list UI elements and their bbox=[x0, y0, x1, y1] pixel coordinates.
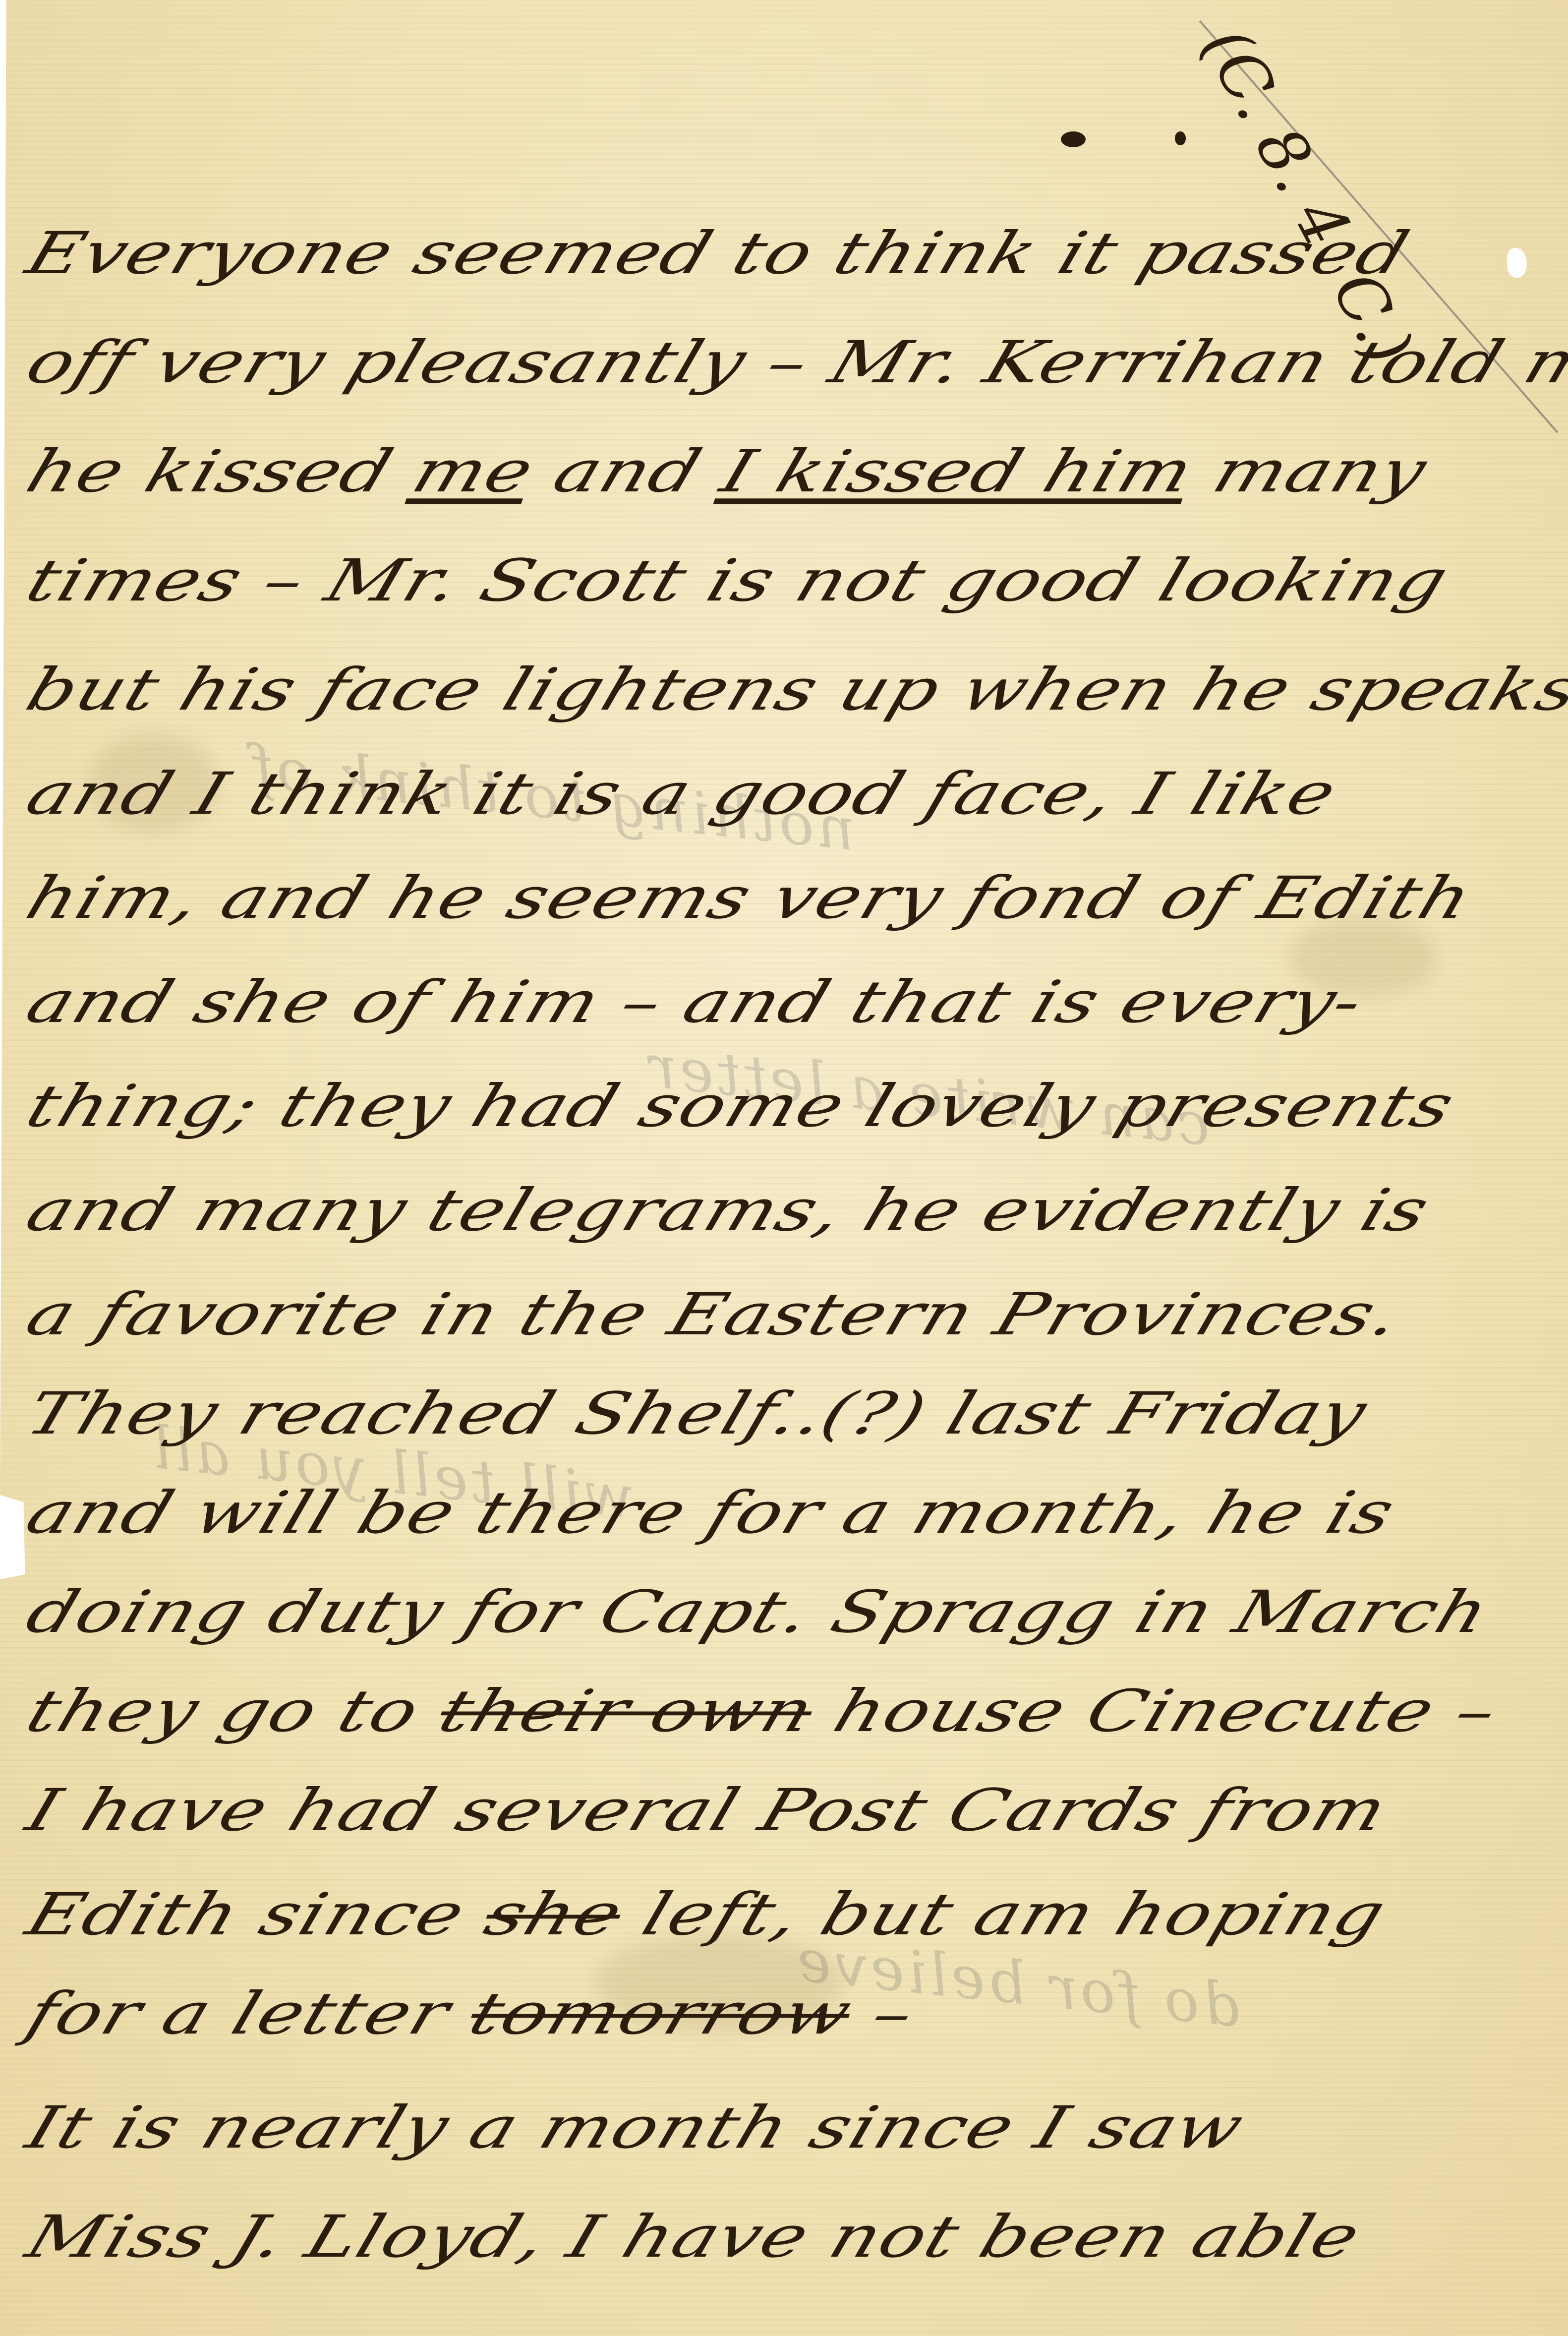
line-text: they go to bbox=[18, 1678, 453, 1745]
ink-blot bbox=[1175, 131, 1186, 145]
letter-line-16: I have had several Post Cards from bbox=[20, 1782, 1394, 1840]
letter-line-14: doing duty for Capt. Spragg in March bbox=[20, 1583, 1496, 1641]
letter-line-3: he kissed me and I kissed him many bbox=[20, 443, 1434, 501]
letter-line-9: thing; they had some lovely presents bbox=[20, 1078, 1461, 1136]
letter-page: do for believe nothing to think of can w… bbox=[0, 0, 1568, 2336]
line-text: and bbox=[521, 438, 735, 506]
underlined-me: me bbox=[404, 438, 542, 506]
letter-line-13: and will be there for a month, he is bbox=[20, 1484, 1402, 1542]
struck-text: their own bbox=[431, 1678, 822, 1745]
corner-annotation: (C. 8. 4. C.) bbox=[1188, 15, 1428, 377]
ink-blot bbox=[1061, 131, 1086, 147]
letter-line-18: for a letter tomorrow – bbox=[20, 1985, 922, 2043]
line-text: many bbox=[1180, 438, 1436, 506]
line-text: left, but am hoping bbox=[609, 1881, 1394, 1949]
letter-line-17: Edith since she left, but am hoping bbox=[20, 1886, 1393, 1944]
letter-line-4: times – Mr. Scott is not good looking bbox=[20, 552, 1455, 610]
letter-line-20: Miss J. Lloyd, I have not been able bbox=[20, 2208, 1367, 2266]
letter-line-8: and she of him – and that is every- bbox=[20, 973, 1371, 1031]
struck-text: she bbox=[476, 1881, 631, 1949]
letter-line-15: they go to their own house Cinecute – bbox=[20, 1682, 1505, 1740]
line-text: he kissed bbox=[18, 438, 426, 506]
letter-line-10: and many telegrams, he evidently is bbox=[20, 1182, 1437, 1240]
line-text: Edith since bbox=[18, 1881, 498, 1949]
letter-line-1: Everyone seemed to think it passed bbox=[20, 225, 1416, 283]
letter-line-19: It is nearly a month since I saw bbox=[20, 2099, 1251, 2157]
letter-line-7: him, and he seems very fond of Edith bbox=[20, 869, 1479, 927]
letter-line-2: off very pleasantly – Mr. Kerrihan told … bbox=[20, 334, 1568, 392]
letter-line-6: and I think it is a good face, I like bbox=[20, 765, 1343, 823]
line-text: for a letter bbox=[18, 1980, 483, 2048]
letter-line-11: a favorite in the Eastern Provinces. bbox=[20, 1286, 1408, 1344]
letter-line-5: but his face lightens up when he speaks bbox=[20, 661, 1568, 719]
underlined-i-kissed-him: I kissed him bbox=[713, 438, 1202, 506]
letter-line-12: They reached Shelf..(?) last Friday bbox=[20, 1385, 1374, 1443]
line-text: house Cinecute – bbox=[801, 1678, 1507, 1745]
struck-text: tomorrow bbox=[462, 1980, 861, 2048]
paper-hole bbox=[1507, 248, 1527, 278]
